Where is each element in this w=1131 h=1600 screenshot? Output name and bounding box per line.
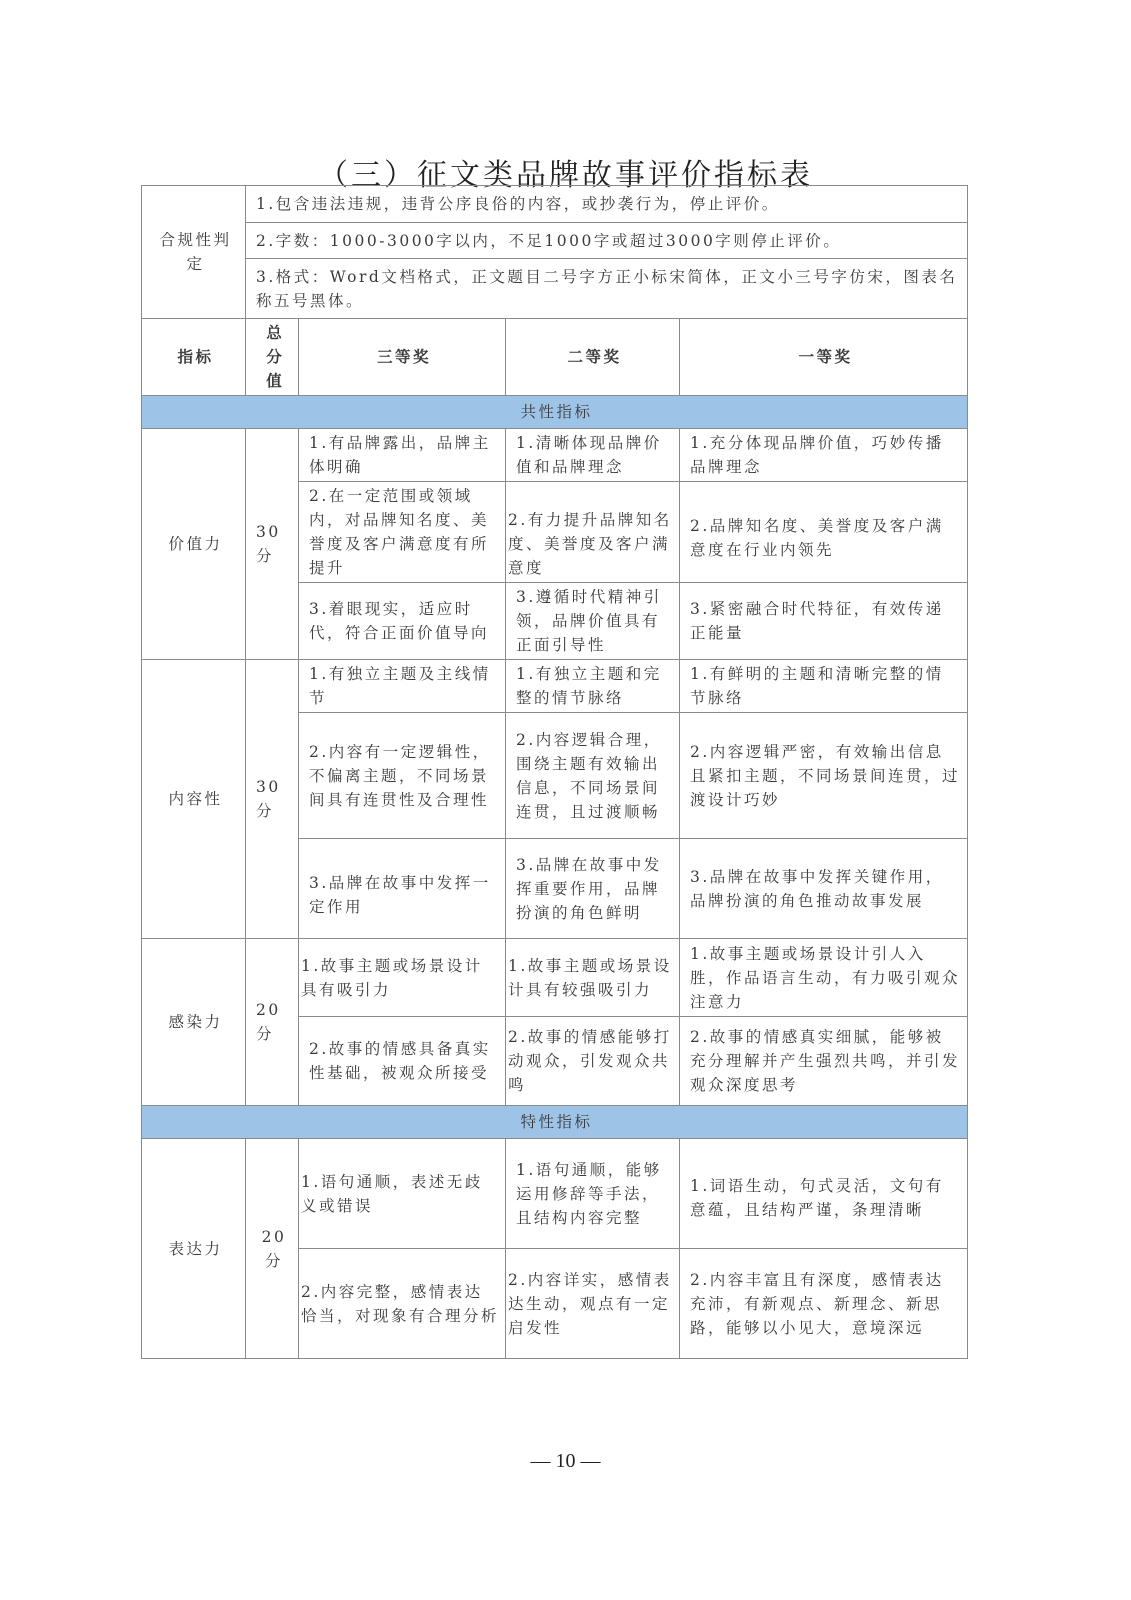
criteria-second: 1.有独立主题和完整的情节脉络 xyxy=(506,660,680,713)
criteria-first: 2.故事的情感真实细腻，能够被充分理解并产生强烈共鸣，并引发观众深度思考 xyxy=(680,1017,968,1106)
criteria-first: 3.品牌在故事中发挥关键作用，品牌扮演的角色推动故事发展 xyxy=(680,839,968,939)
criteria-third: 2.内容完整，感情表达恰当，对现象有合理分析 xyxy=(299,1249,506,1359)
header-total-score: 总分值 xyxy=(246,319,299,396)
section-band-row: 特性指标 xyxy=(142,1106,968,1139)
indicator-name: 价值力 xyxy=(142,429,246,660)
criteria-third: 3.品牌在故事中发挥一定作用 xyxy=(299,839,506,939)
criteria-third: 3.着眼现实，适应时代，符合正面价值导向 xyxy=(299,583,506,660)
section-band-common: 共性指标 xyxy=(142,396,968,429)
compliance-item: 2.字数：1000-3000字以内，不足1000字或超过3000字则停止评价。 xyxy=(246,223,968,259)
criteria-third: 1.有品牌露出，品牌主体明确 xyxy=(299,429,506,482)
criteria-third: 1.语句通顺，表述无歧义或错误 xyxy=(299,1139,506,1249)
section-band-row: 共性指标 xyxy=(142,396,968,429)
criteria-third: 1.有独立主题及主线情节 xyxy=(299,660,506,713)
header-first-prize: 一等奖 xyxy=(680,319,968,396)
criteria-second: 2.有力提升品牌知名度、美誉度及客户满意度 xyxy=(506,482,680,583)
indicator-name: 表达力 xyxy=(142,1139,246,1359)
compliance-item: 3.格式：Word文档格式，正文题目二号字方正小标宋简体，正文小三号字仿宋，图表… xyxy=(246,259,968,319)
compliance-row: 2.字数：1000-3000字以内，不足1000字或超过3000字则停止评价。 xyxy=(142,223,968,259)
table-header: 指标 总分值 三等奖 二等奖 一等奖 xyxy=(142,319,968,396)
table-row: 价值力 30分 1.有品牌露出，品牌主体明确 1.清晰体现品牌价值和品牌理念 1… xyxy=(142,429,968,482)
indicator-score: 20分 xyxy=(246,1139,299,1359)
header-third-prize: 三等奖 xyxy=(299,319,506,396)
criteria-third: 2.在一定范围或领域内，对品牌知名度、美誉度及客户满意度有所提升 xyxy=(299,482,506,583)
criteria-second: 3.品牌在故事中发挥重要作用，品牌扮演的角色鲜明 xyxy=(506,839,680,939)
table-row: 表达力 20分 1.语句通顺，表述无歧义或错误 1.语句通顺，能够运用修辞等手法… xyxy=(142,1139,968,1249)
indicator-name: 内容性 xyxy=(142,660,246,939)
criteria-second: 1.清晰体现品牌价值和品牌理念 xyxy=(506,429,680,482)
criteria-first: 1.词语生动，句式灵活，文句有意蕴，且结构严谨，条理清晰 xyxy=(680,1139,968,1249)
criteria-second: 3.遵循时代精神引领，品牌价值具有正面引导性 xyxy=(506,583,680,660)
criteria-first: 2.内容丰富且有深度，感情表达充沛，有新观点、新理念、新思路，能够以小见大，意境… xyxy=(680,1249,968,1359)
compliance-row: 3.格式：Word文档格式，正文题目二号字方正小标宋简体，正文小三号字仿宋，图表… xyxy=(142,259,968,319)
criteria-second: 2.内容逻辑合理，围绕主题有效输出信息，不同场景间连贯，且过渡顺畅 xyxy=(506,713,680,839)
criteria-second: 2.内容详实，感情表达生动，观点有一定启发性 xyxy=(506,1249,680,1359)
evaluation-table: 合规性判定 1.包含违法违规，违背公序良俗的内容，或抄袭行为，停止评价。 2.字… xyxy=(141,185,968,1359)
criteria-first: 3.紧密融合时代特征，有效传递正能量 xyxy=(680,583,968,660)
table-row: 内容性 30分 1.有独立主题及主线情节 1.有独立主题和完整的情节脉络 1.有… xyxy=(142,660,968,713)
header-total-score-text: 总分值 xyxy=(266,321,282,393)
criteria-third: 2.故事的情感具备真实性基础，被观众所接受 xyxy=(299,1017,506,1106)
section-band-specific: 特性指标 xyxy=(142,1106,968,1139)
compliance-label: 合规性判定 xyxy=(142,186,246,319)
criteria-first: 1.故事主题或场景设计引人入胜，作品语言生动，有力吸引观众注意力 xyxy=(680,939,968,1017)
compliance-row: 合规性判定 1.包含违法违规，违背公序良俗的内容，或抄袭行为，停止评价。 xyxy=(142,186,968,223)
criteria-first: 2.品牌知名度、美誉度及客户满意度在行业内领先 xyxy=(680,482,968,583)
criteria-first: 1.有鲜明的主题和清晰完整的情节脉络 xyxy=(680,660,968,713)
criteria-second: 2.故事的情感能够打动观众，引发观众共鸣 xyxy=(506,1017,680,1106)
criteria-second: 1.语句通顺，能够运用修辞等手法，且结构内容完整 xyxy=(506,1139,680,1249)
compliance-item: 1.包含违法违规，违背公序良俗的内容，或抄袭行为，停止评价。 xyxy=(246,186,968,223)
indicator-score: 30分 xyxy=(246,429,299,660)
criteria-third: 1.故事主题或场景设计具有吸引力 xyxy=(299,939,506,1017)
indicator-score: 30分 xyxy=(246,660,299,939)
table-row: 感染力 20分 1.故事主题或场景设计具有吸引力 1.故事主题或场景设计具有较强… xyxy=(142,939,968,1017)
criteria-first: 1.充分体现品牌价值，巧妙传播品牌理念 xyxy=(680,429,968,482)
page-number: — 10 — xyxy=(0,1450,1131,1473)
criteria-first: 2.内容逻辑严密，有效输出信息且紧扣主题，不同场景间连贯，过渡设计巧妙 xyxy=(680,713,968,839)
indicator-name: 感染力 xyxy=(142,939,246,1106)
indicator-score: 20分 xyxy=(246,939,299,1106)
header-second-prize: 二等奖 xyxy=(506,319,680,396)
header-indicator: 指标 xyxy=(142,319,246,396)
criteria-second: 1.故事主题或场景设计具有较强吸引力 xyxy=(506,939,680,1017)
criteria-third: 2.内容有一定逻辑性，不偏离主题，不同场景间具有连贯性及合理性 xyxy=(299,713,506,839)
